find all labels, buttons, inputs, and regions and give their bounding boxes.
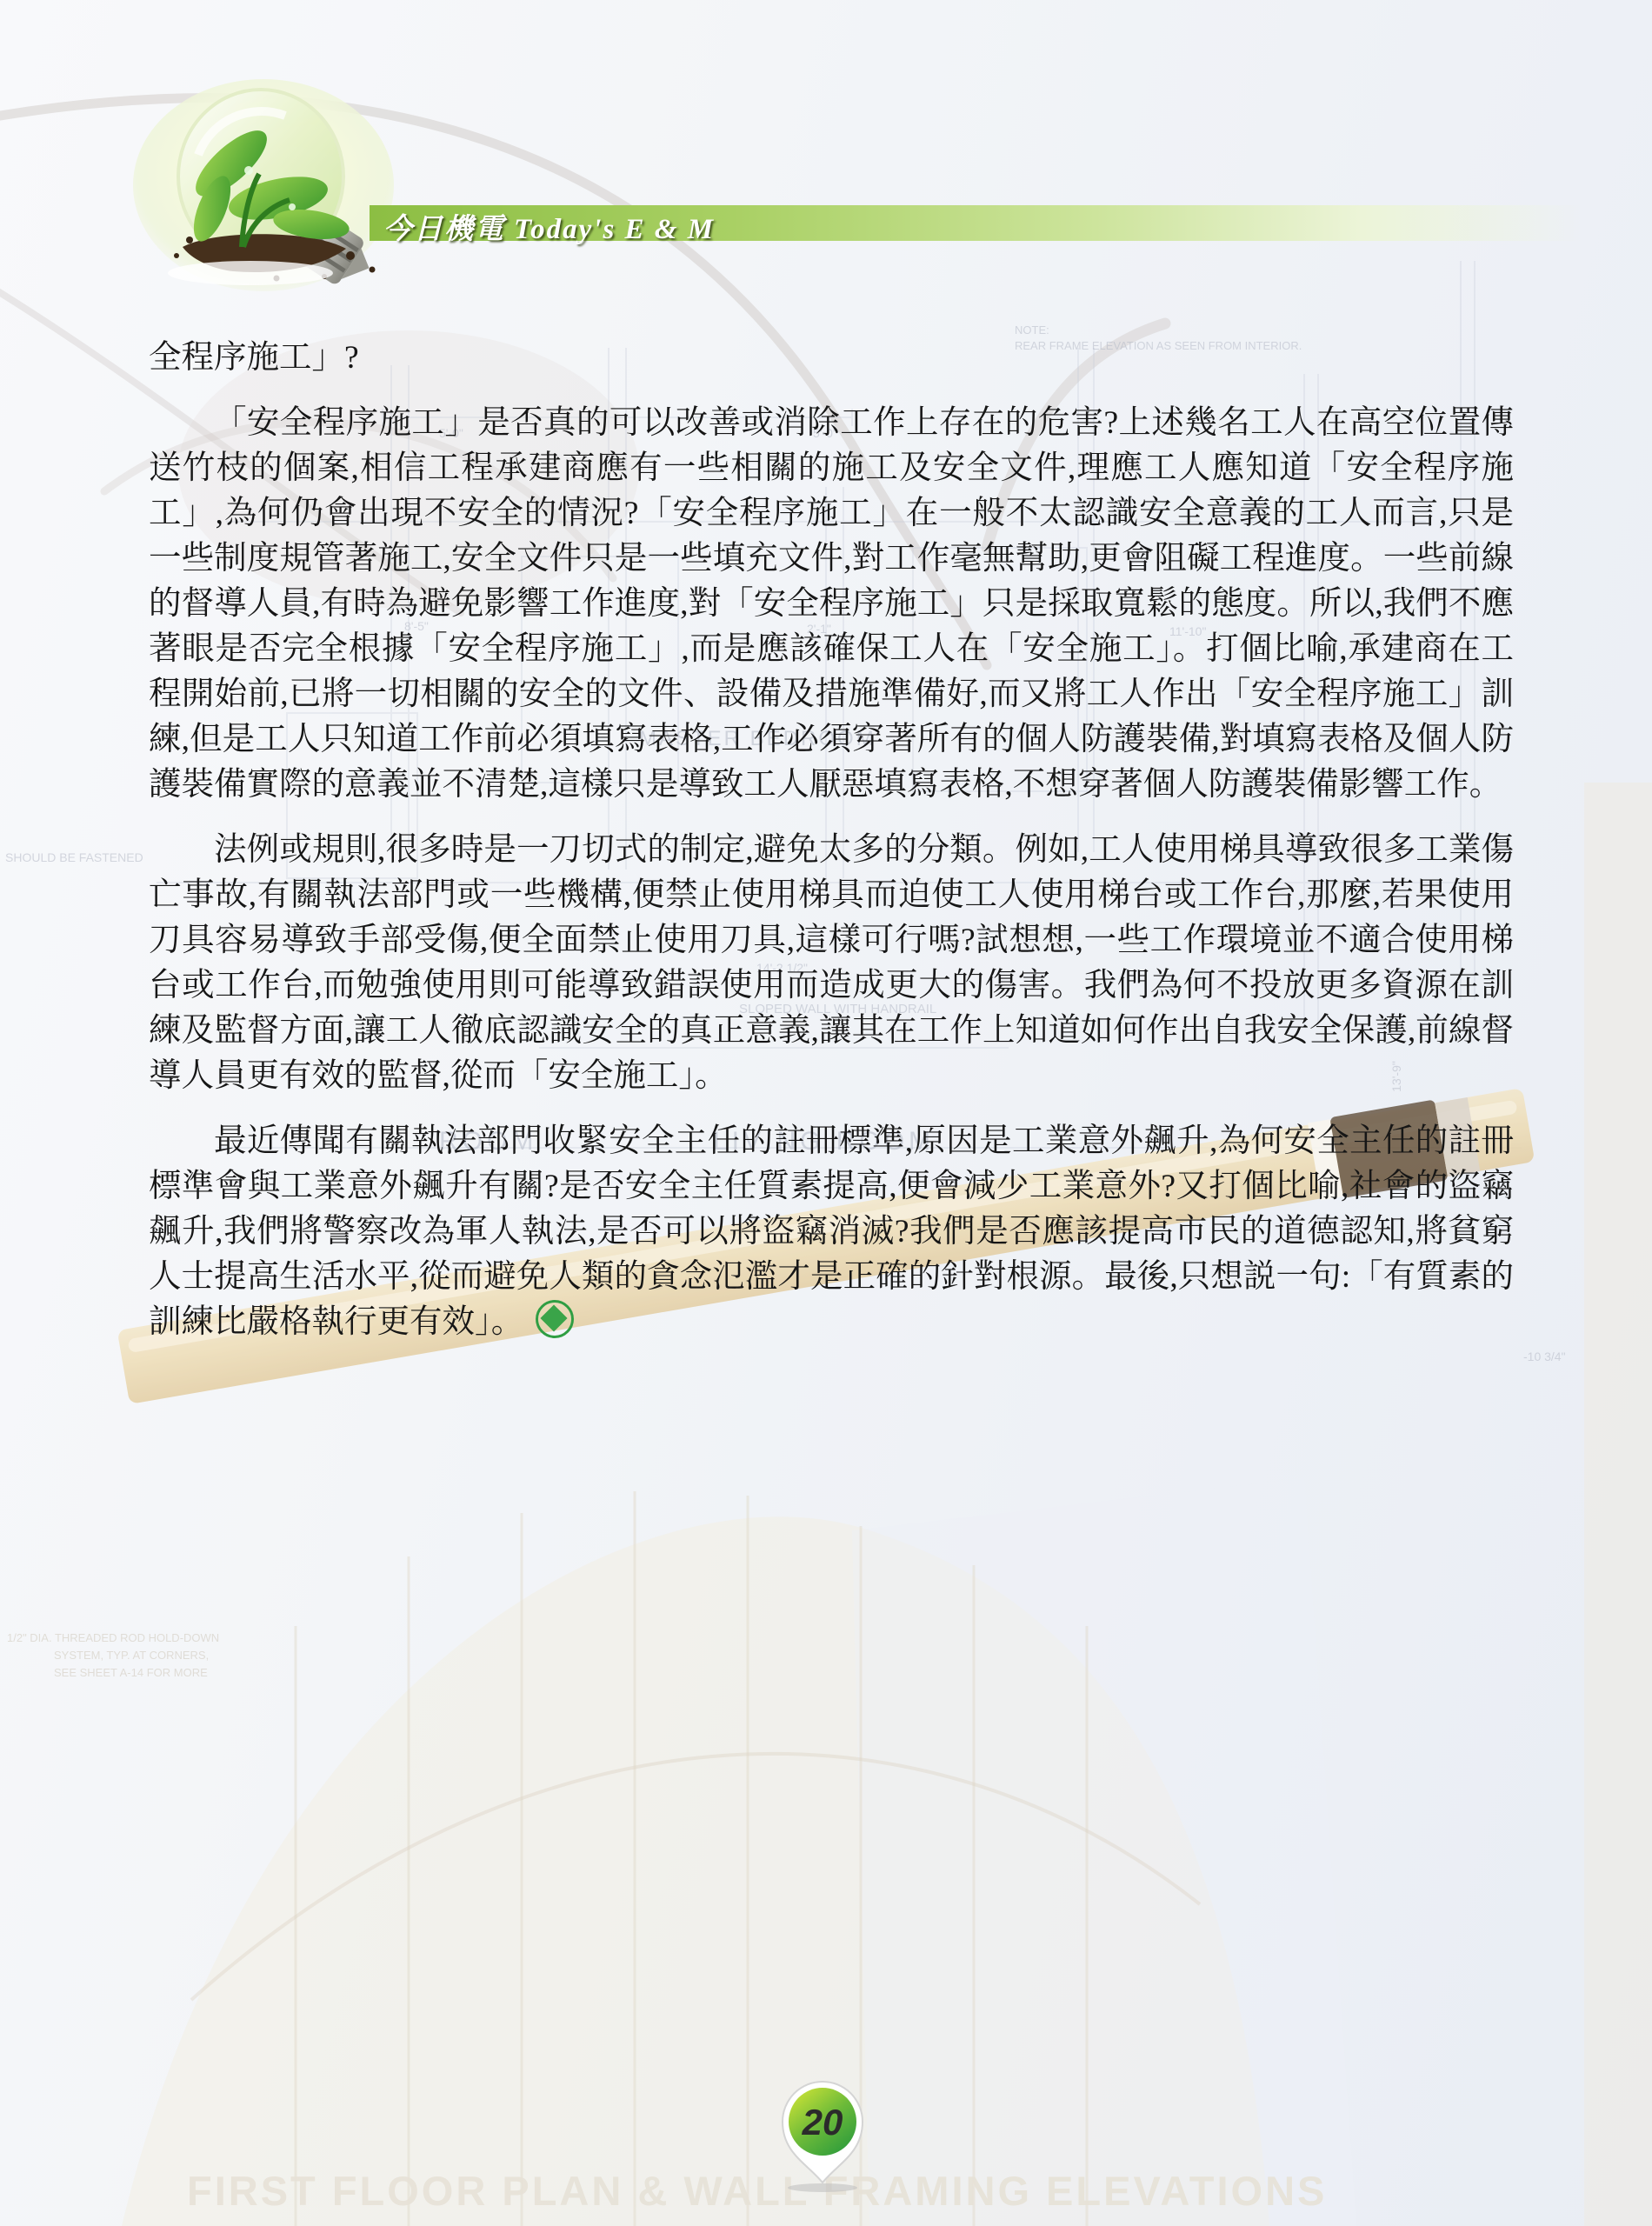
paragraph-2: 法例或規則,很多時是一刀切式的制定,避免太多的分類。例如,工人使用梯具導致很多工… [149,828,1514,1099]
eco-lightbulb-logo [129,77,407,294]
continuation-text: 全程序施工」? [149,340,359,376]
title-chinese: 今日機電 [383,214,505,245]
blueprint-note: 1/2" DIA. THREADED ROD HOLD-DOWN [7,1631,219,1644]
blueprint-note: SEE SHEET A-14 FOR MORE [54,1666,208,1679]
dimension-label: -10 3/4" [1523,1350,1566,1363]
page-number-badge: 20 [756,2073,889,2205]
page-number: 20 [802,2102,843,2143]
blueprint-note: SHOULD BE FASTENED [5,850,143,864]
blueprint-note: NOTE: [1015,323,1049,337]
paragraph-1-text: 「安全程序施工」是否真的可以改善或消除工作上存在的危害?上述幾名工人在高空位置傳… [149,405,1514,803]
page-title: 今日機電Today's E & M [383,206,715,247]
blueprint-note: SYSTEM, TYP. AT CORNERS, [54,1649,209,1662]
continuation-line: 全程序施工」? [149,336,1514,381]
paragraph-3: 最近傳聞有關執法部門收緊安全主任的註冊標準,原因是工業意外飆升,為何安全主任的註… [149,1119,1514,1345]
paragraph-2-text: 法例或規則,很多時是一刀切式的制定,避免太多的分類。例如,工人使用梯具導致很多工… [149,832,1514,1094]
article-body: 全程序施工」? 「安全程序施工」是否真的可以改善或消除工作上存在的危害?上述幾名… [149,336,1514,1345]
magazine-page: NOTE: REAR FRAME ELEVATION AS SEEN FROM … [0,0,1652,2226]
header-title-bar: 今日機電Today's E & M [370,205,1580,241]
green-seal-icon [536,1300,574,1338]
title-english: Today's E & M [514,214,715,245]
paragraph-3-text: 最近傳聞有關執法部門收緊安全主任的註冊標準,原因是工業意外飆升,為何安全主任的註… [149,1123,1514,1340]
paragraph-1: 「安全程序施工」是否真的可以改善或消除工作上存在的危害?上述幾名工人在高空位置傳… [149,401,1514,808]
seal-diamond [541,1304,568,1331]
